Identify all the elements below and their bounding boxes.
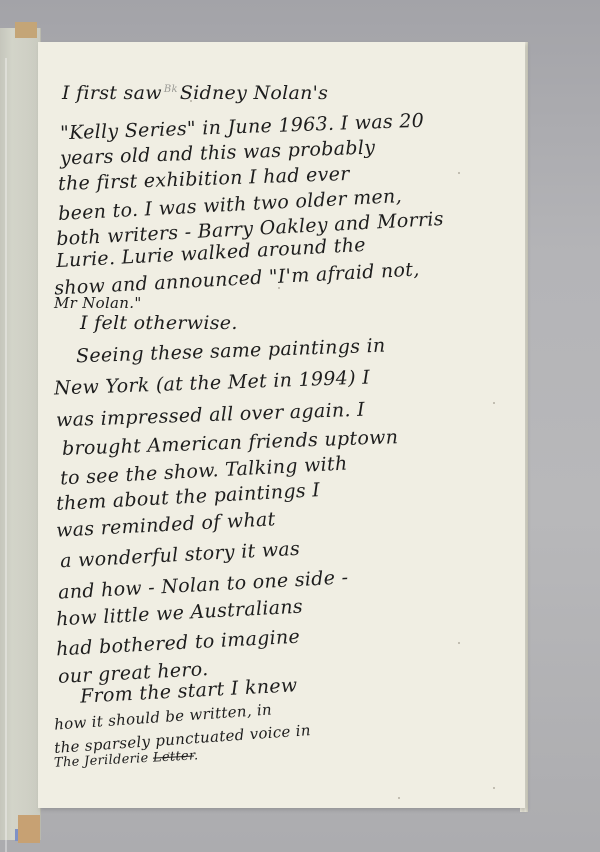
manuscript-line-1: I first sawBkSidney Nolan's [62,82,328,104]
paper-speck [493,402,495,404]
binding-tape-top [15,22,37,38]
insertion-mark: Bk [164,84,178,95]
line-text: Sidney Nolan's [180,82,328,104]
binding-tape-bottom [18,815,40,843]
cover-spine-highlight [5,58,7,852]
line-text: . [194,748,199,763]
manuscript-line-10: I felt otherwise. [80,312,238,334]
manuscript-line-9: Mr Nolan." [54,294,142,312]
line-text: I first saw [62,82,162,104]
paper-speck [398,797,400,799]
struck-word: Letter [153,748,195,765]
paper-speck [458,172,460,174]
paper-speck [458,642,460,644]
book-cover [0,28,41,840]
paper-speck [493,787,495,789]
bookmark-tab [15,829,18,841]
